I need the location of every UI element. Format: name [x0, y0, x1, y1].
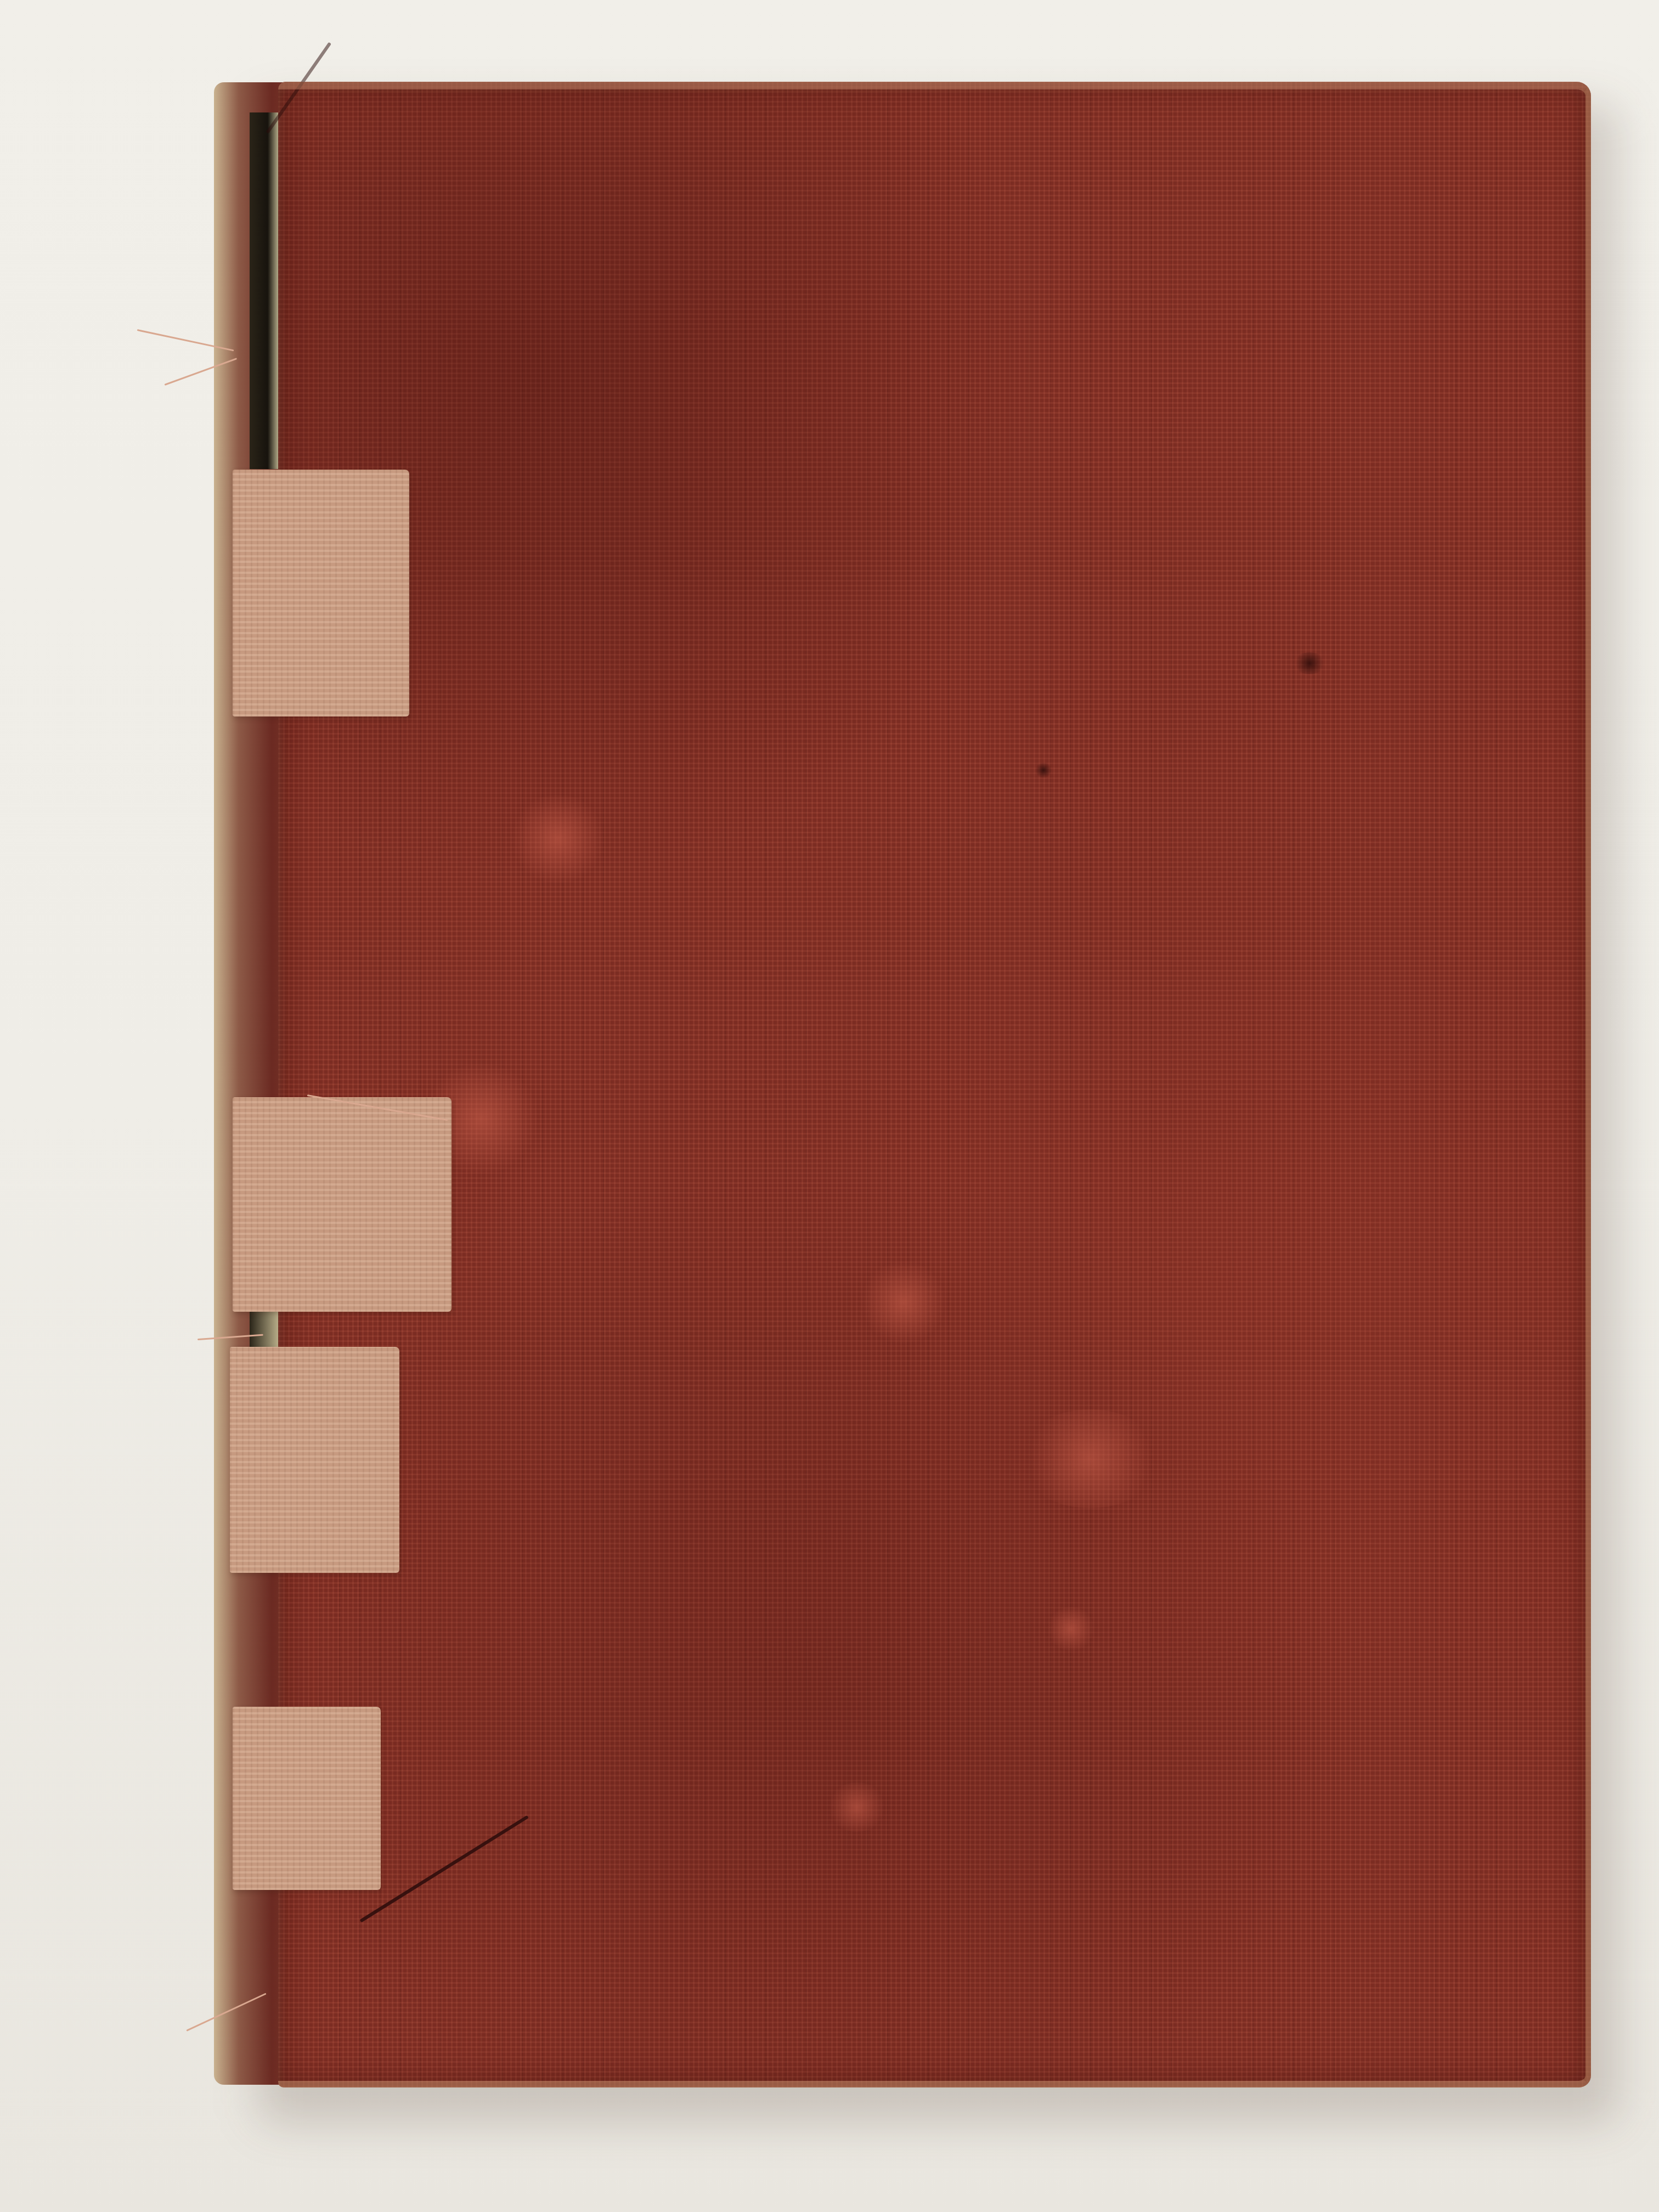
repair-tape-strip-1 [233, 470, 409, 716]
cover-stain [509, 795, 607, 883]
cover-stain [860, 1261, 947, 1344]
cover-dark-mark [1293, 652, 1326, 674]
book-back-cover [278, 82, 1591, 2087]
cover-stain [1019, 1409, 1161, 1508]
repair-tape-strip-3 [230, 1347, 399, 1573]
repair-tape-strip-4 [233, 1707, 381, 1890]
cover-stain [1046, 1607, 1096, 1651]
photo-scene [0, 0, 1659, 2212]
spine-exposed-binding [250, 112, 280, 469]
cover-pen-scratch [359, 1815, 528, 1923]
cover-dark-mark [1035, 762, 1052, 778]
cover-stain [827, 1782, 887, 1832]
repair-tape-strip-2 [233, 1097, 452, 1312]
